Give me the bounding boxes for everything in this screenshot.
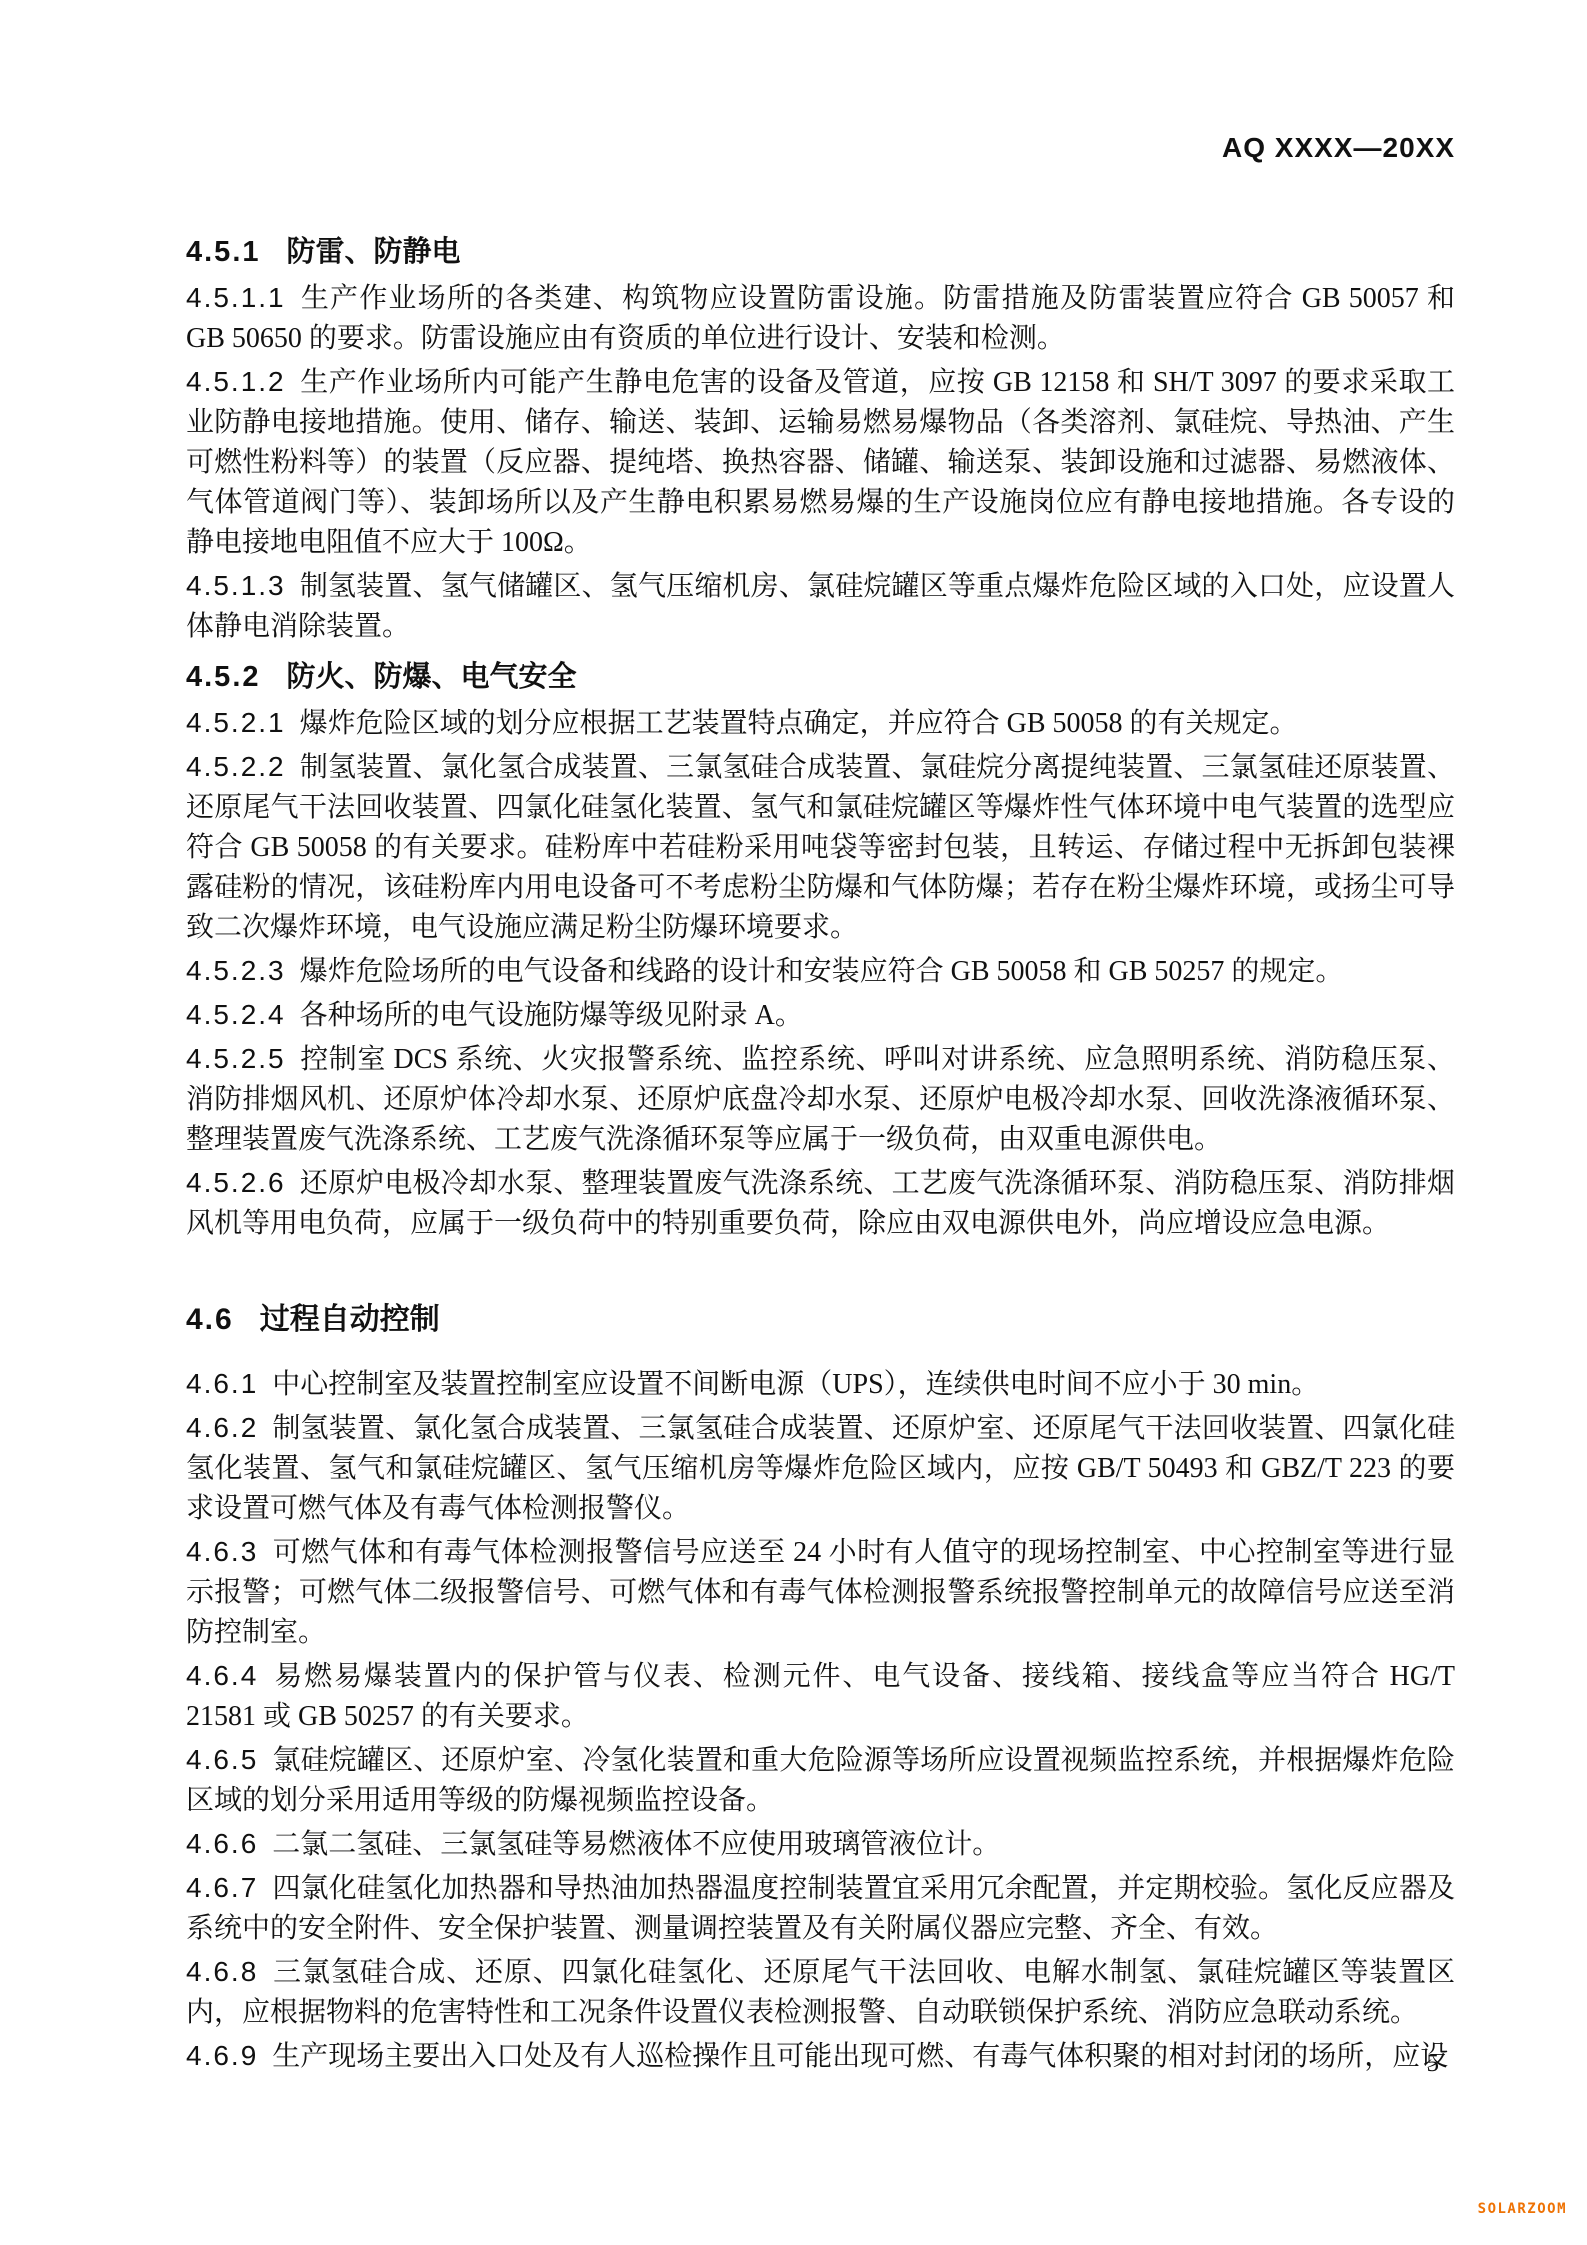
section-heading-4-5-2: 4.5.2防火、防爆、电气安全 [186,657,1455,697]
clause-text: 制氢装置、氢气储罐区、氢气压缩机房、氯硅烷罐区等重点爆炸危险区域的入口处，应设置… [186,571,1455,642]
clause-number: 4.6.9 [186,2040,258,2071]
clause-text: 各种场所的电气设施防爆等级见附录 A。 [300,1000,803,1031]
clause-4-5-1-1: 4.5.1.1生产作业场所的各类建、构筑物应设置防雷设施。防雷措施及防雷装置应符… [186,278,1455,359]
clause-4-6-1: 4.6.1中心控制室及装置控制室应设置不间断电源（UPS），连续供电时间不应小于… [186,1364,1455,1405]
document-content: 4.5.1防雷、防静电 4.5.1.1生产作业场所的各类建、构筑物应设置防雷设施… [186,222,1455,2080]
clause-text: 爆炸危险区域的划分应根据工艺装置特点确定，并应符合 GB 50058 的有关规定… [300,708,1298,739]
clause-number: 4.6.5 [186,1744,258,1775]
clause-4-5-1-2: 4.5.1.2生产作业场所内可能产生静电危害的设备及管道，应按 GB 12158… [186,362,1455,563]
clause-4-5-2-5: 4.5.2.5控制室 DCS 系统、火灾报警系统、监控系统、呼叫对讲系统、应急照… [186,1039,1455,1160]
clause-4-5-1-3: 4.5.1.3制氢装置、氢气储罐区、氢气压缩机房、氯硅烷罐区等重点爆炸危险区域的… [186,566,1455,647]
clause-text: 中心控制室及装置控制室应设置不间断电源（UPS），连续供电时间不应小于 30 m… [272,1369,1319,1400]
clause-4-6-5: 4.6.5氯硅烷罐区、还原炉室、冷氢化装置和重大危险源等场所应设置视频监控系统，… [186,1740,1455,1821]
clause-number: 4.6.4 [186,1660,258,1691]
clause-4-6-2: 4.6.2制氢装置、氯化氢合成装置、三氯氢硅合成装置、还原炉室、还原尾气干法回收… [186,1408,1455,1529]
section-heading-4-5-1: 4.5.1防雷、防静电 [186,232,1455,272]
clause-text: 控制室 DCS 系统、火灾报警系统、监控系统、呼叫对讲系统、应急照明系统、消防稳… [186,1044,1455,1155]
clause-4-6-4: 4.6.4易燃易爆装置内的保护管与仪表、检测元件、电气设备、接线箱、接线盒等应当… [186,1656,1455,1737]
clause-4-6-8: 4.6.8三氯氢硅合成、还原、四氯化硅氢化、还原尾气干法回收、电解水制氢、氯硅烷… [186,1952,1455,2033]
clause-number: 4.5.2.4 [186,999,286,1030]
clause-number: 4.6.1 [186,1368,258,1399]
clause-number: 4.5.1.2 [186,366,286,397]
clause-number: 4.5.2.5 [186,1043,286,1074]
clause-number: 4.5.1.3 [186,570,286,601]
clause-text: 四氯化硅氢化加热器和导热油加热器温度控制装置宜采用冗余配置，并定期校验。氢化反应… [186,1873,1455,1944]
heading-number: 4.5.2 [186,661,261,693]
clause-text: 制氢装置、氯化氢合成装置、三氯氢硅合成装置、氯硅烷分离提纯装置、三氯氢硅还原装置… [186,752,1455,943]
clause-text: 易燃易爆装置内的保护管与仪表、检测元件、电气设备、接线箱、接线盒等应当符合 HG… [186,1661,1455,1732]
clause-4-5-2-4: 4.5.2.4各种场所的电气设施防爆等级见附录 A。 [186,995,1455,1036]
clause-number: 4.5.2.2 [186,751,286,782]
heading-number: 4.5.1 [186,236,261,268]
clause-4-6-7: 4.6.7四氯化硅氢化加热器和导热油加热器温度控制装置宜采用冗余配置，并定期校验… [186,1868,1455,1949]
clause-number: 4.6.3 [186,1536,258,1567]
clause-4-6-9: 4.6.9生产现场主要出入口处及有人巡检操作且可能出现可燃、有毒气体积聚的相对封… [186,2036,1455,2077]
clause-text: 生产现场主要出入口处及有人巡检操作且可能出现可燃、有毒气体积聚的相对封闭的场所，… [272,2041,1448,2072]
watermark-solarzoom: SOLARZOOM [1478,2201,1567,2217]
clause-4-6-3: 4.6.3可燃气体和有毒气体检测报警信号应送至 24 小时有人值守的现场控制室、… [186,1532,1455,1653]
clause-4-5-2-2: 4.5.2.2制氢装置、氯化氢合成装置、三氯氢硅合成装置、氯硅烷分离提纯装置、三… [186,747,1455,948]
clause-number: 4.5.2.1 [186,707,286,738]
clause-text: 氯硅烷罐区、还原炉室、冷氢化装置和重大危险源等场所应设置视频监控系统，并根据爆炸… [186,1745,1455,1816]
heading-number: 4.6 [186,1303,234,1336]
clause-number: 4.5.2.6 [186,1167,286,1198]
heading-title: 防火、防爆、电气安全 [287,661,577,693]
heading-title: 防雷、防静电 [287,236,461,268]
clause-text: 可燃气体和有毒气体检测报警信号应送至 24 小时有人值守的现场控制室、中心控制室… [186,1537,1455,1648]
clause-number: 4.6.8 [186,1956,258,1987]
clause-text: 生产作业场所的各类建、构筑物应设置防雷设施。防雷措施及防雷装置应符合 GB 50… [186,283,1455,354]
clause-text: 爆炸危险场所的电气设备和线路的设计和安装应符合 GB 50058 和 GB 50… [300,956,1344,987]
clause-number: 4.5.2.3 [186,955,286,986]
standard-code-header: AQ XXXX—20XX [1222,132,1455,164]
clause-text: 制氢装置、氯化氢合成装置、三氯氢硅合成装置、还原炉室、还原尾气干法回收装置、四氯… [186,1413,1455,1524]
clause-4-5-2-1: 4.5.2.1爆炸危险区域的划分应根据工艺装置特点确定，并应符合 GB 5005… [186,703,1455,744]
clause-text: 生产作业场所内可能产生静电危害的设备及管道，应按 GB 12158 和 SH/T… [186,367,1455,558]
clause-4-5-2-3: 4.5.2.3爆炸危险场所的电气设备和线路的设计和安装应符合 GB 50058 … [186,951,1455,992]
clause-text: 还原炉电极冷却水泵、整理装置废气洗涤系统、工艺废气洗涤循环泵、消防稳压泵、消防排… [186,1168,1455,1239]
clause-number: 4.6.6 [186,1828,258,1859]
heading-title: 过程自动控制 [260,1303,440,1336]
clause-number: 4.5.1.1 [186,282,286,313]
clause-4-6-6: 4.6.6二氯二氢硅、三氯氢硅等易燃液体不应使用玻璃管液位计。 [186,1824,1455,1865]
clause-4-5-2-6: 4.5.2.6还原炉电极冷却水泵、整理装置废气洗涤系统、工艺废气洗涤循环泵、消防… [186,1163,1455,1244]
clause-number: 4.6.7 [186,1872,258,1903]
clause-text: 三氯氢硅合成、还原、四氯化硅氢化、还原尾气干法回收、电解水制氢、氯硅烷罐区等装置… [186,1957,1455,2028]
section-heading-4-6: 4.6过程自动控制 [186,1300,1455,1340]
document-page: AQ XXXX—20XX 4.5.1防雷、防静电 4.5.1.1生产作业场所的各… [0,0,1587,2245]
clause-text: 二氯二氢硅、三氯氢硅等易燃液体不应使用玻璃管液位计。 [272,1829,1000,1860]
page-number: 5 [1427,2050,1440,2078]
clause-number: 4.6.2 [186,1412,258,1443]
